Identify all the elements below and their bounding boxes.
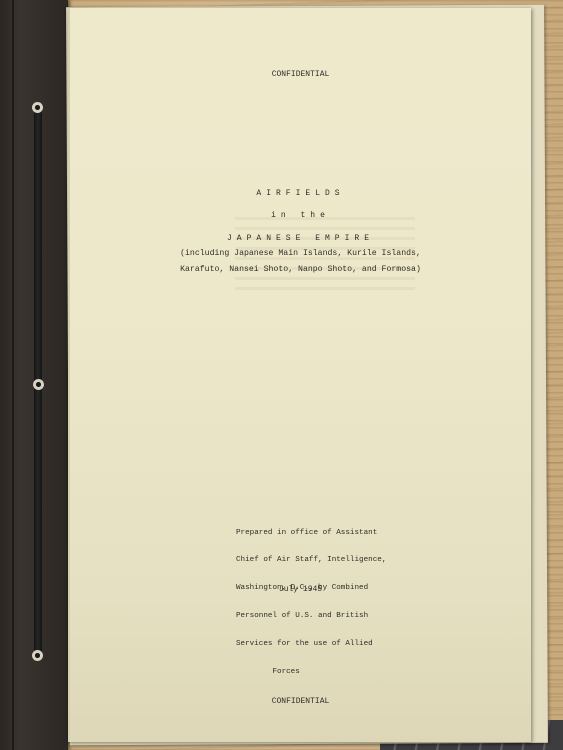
prepared-line: Prepared in office of Assistant: [236, 529, 406, 538]
grommet-bottom-icon: [32, 650, 43, 661]
prepared-by-block: Prepared in office of Assistant Chief of…: [236, 510, 406, 696]
prepared-line: Personnel of U.S. and British: [236, 612, 406, 621]
header-classification: CONFIDENTIAL: [70, 69, 531, 80]
subtitle-line-2: Karafuto, Nansei Shoto, Nanpo Shoto, and…: [70, 264, 531, 275]
subtitle-line-1: (including Japanese Main Islands, Kurile…: [70, 248, 531, 259]
title-line-in-the: in the: [70, 210, 531, 221]
title-line-japanese-empire: JAPANESE EMPIRE: [70, 233, 531, 244]
prepared-line: Chief of Air Staff, Intelligence,: [236, 556, 406, 565]
title-page: CONFIDENTIAL AIRFIELDS in the JAPANESE E…: [68, 8, 531, 742]
binder-crease: [12, 0, 14, 750]
title-line-airfields: AIRFIELDS: [70, 188, 531, 199]
grommet-top-icon: [32, 102, 43, 113]
document-date: July 1945: [70, 584, 531, 595]
prepared-line: Services for the use of Allied: [236, 640, 406, 649]
footer-classification: CONFIDENTIAL: [70, 696, 531, 707]
prepared-line: Forces: [236, 668, 406, 677]
binder-spine: [0, 0, 68, 750]
grommet-middle-icon: [33, 379, 44, 390]
